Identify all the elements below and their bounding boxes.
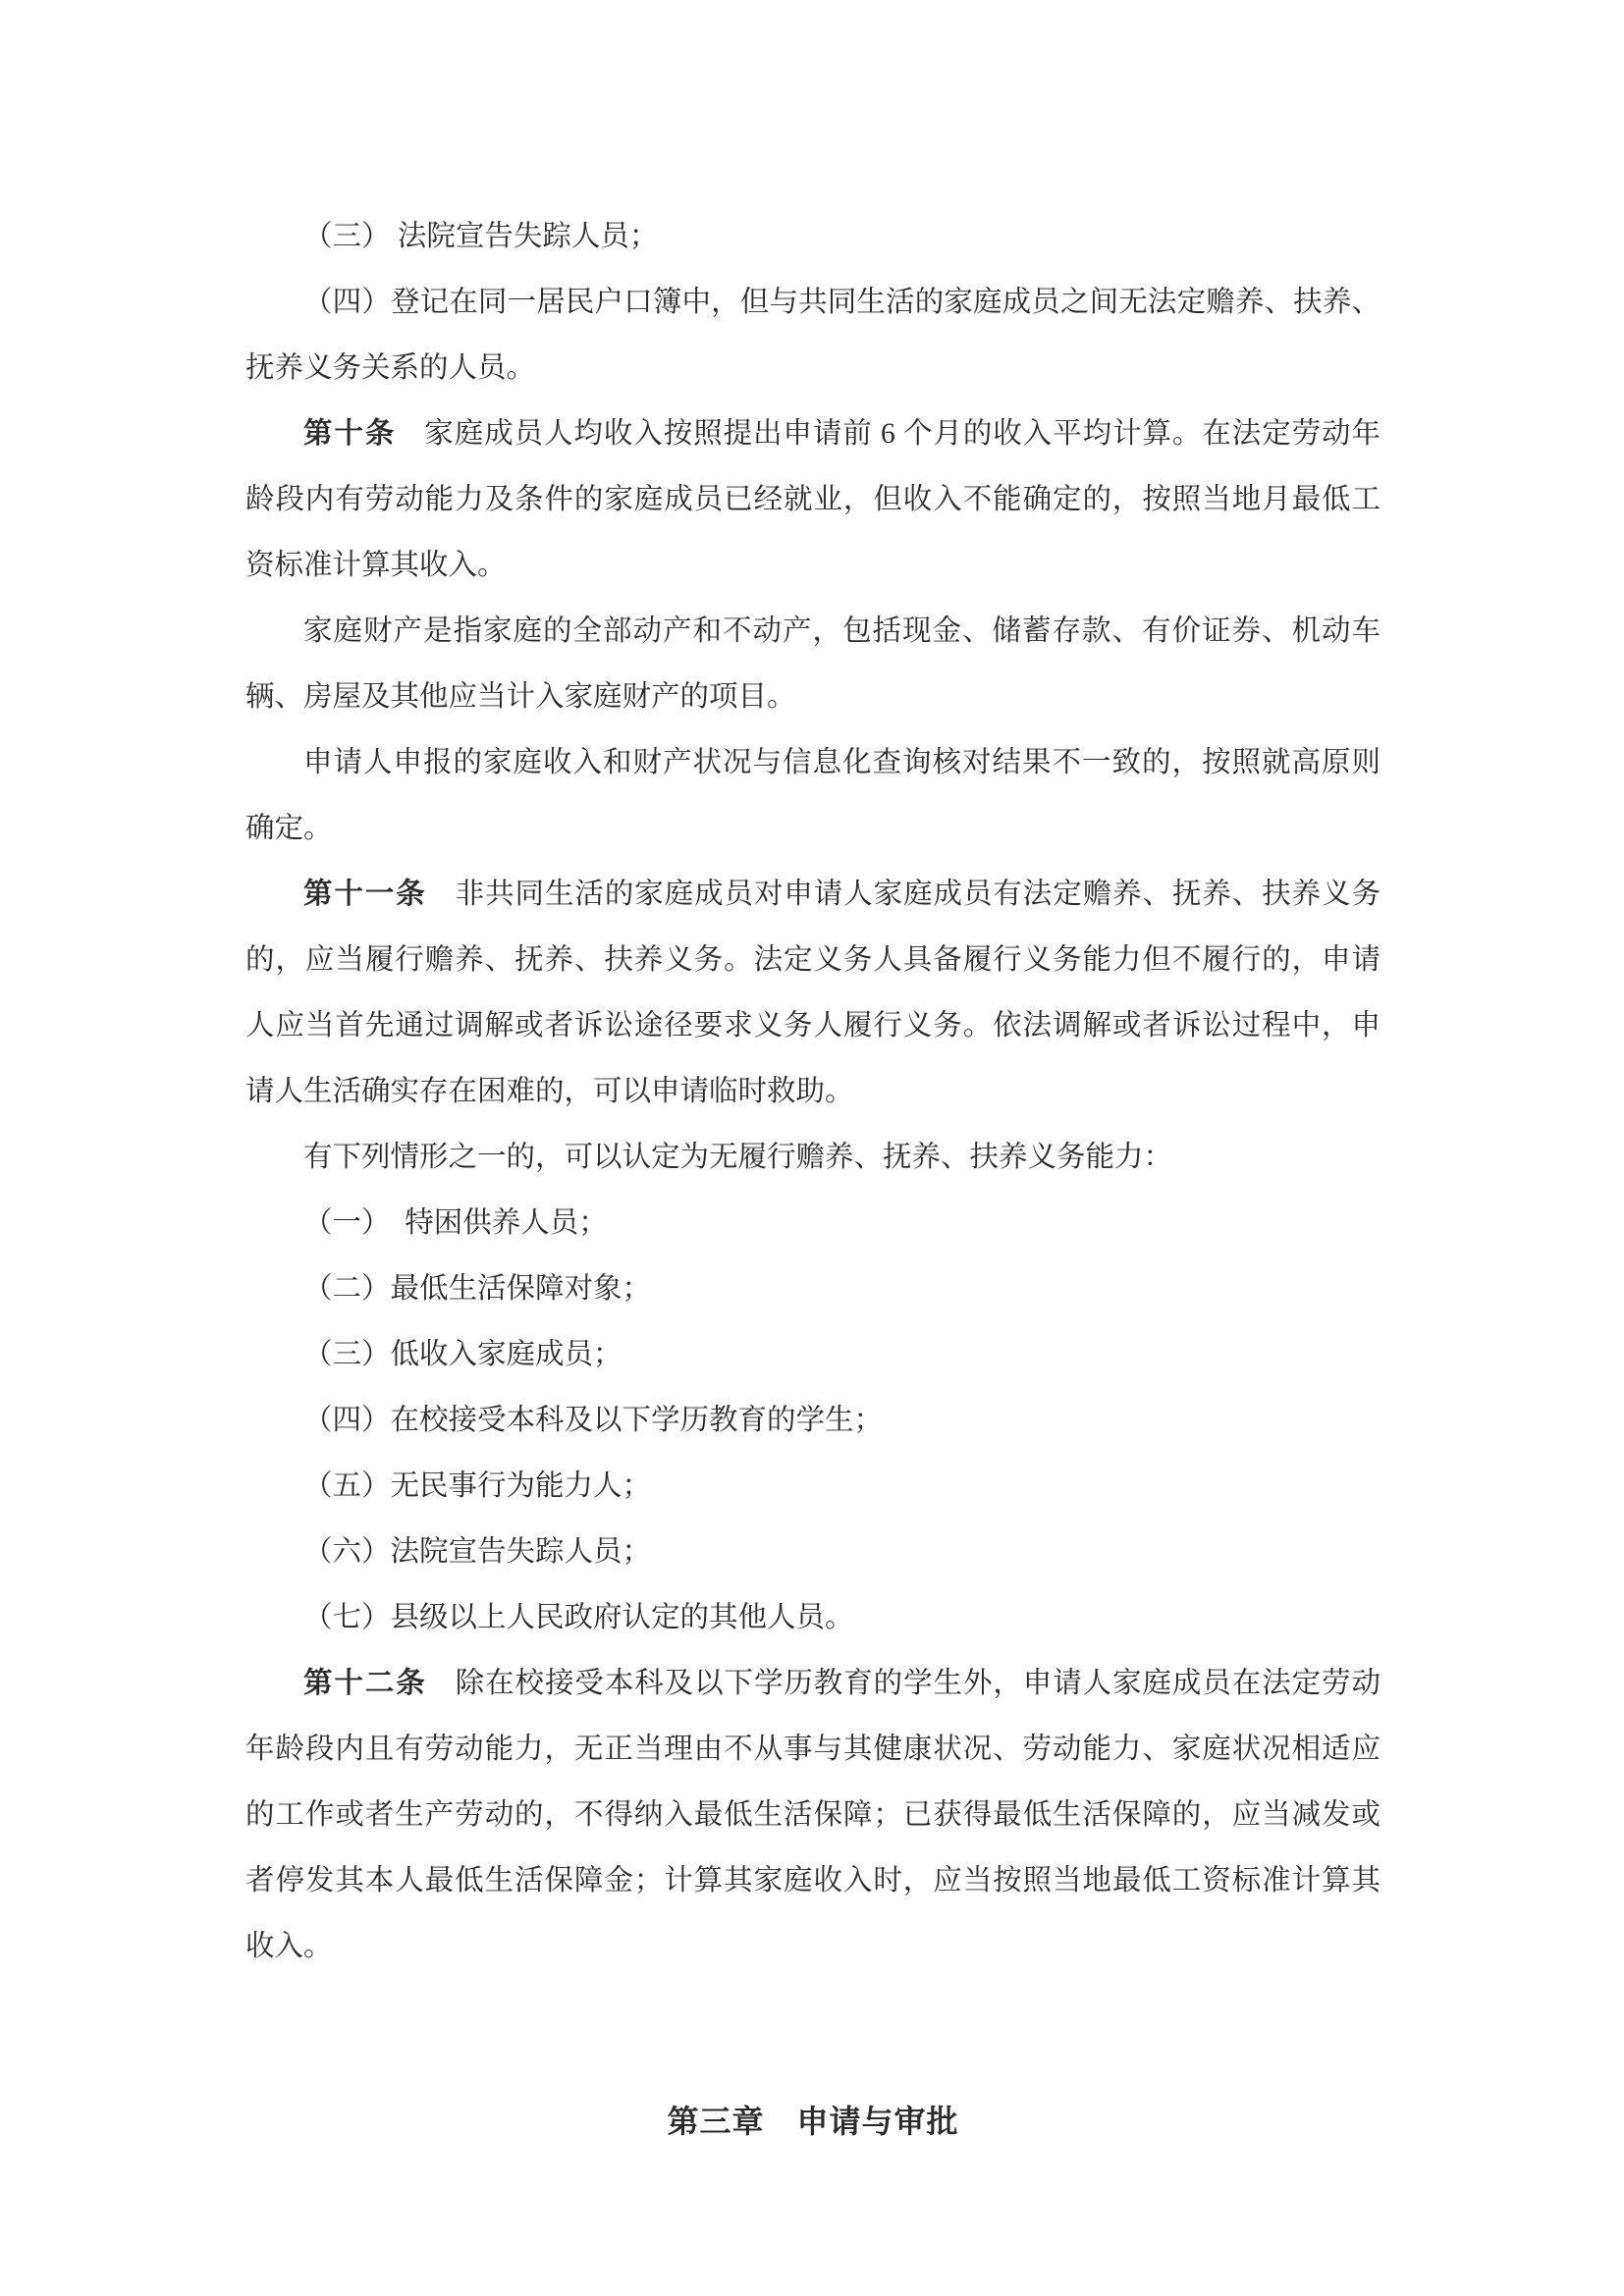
list-item: （五）无民事行为能力人； — [245, 1454, 1380, 1520]
chapter-heading: 第三章 申请与审批 — [245, 2089, 1380, 2155]
text-line: 有下列情形之一的，可以认定为无履行赡养、抚养、扶养义务能力： — [245, 1125, 1380, 1191]
text-line: 请人生活确实存在困难的，可以申请临时救助。 — [245, 1059, 1380, 1125]
list-item: （六）法院宣告失踪人员； — [245, 1520, 1380, 1585]
text-line: 资标准计算其收入。 — [245, 533, 1380, 599]
text-line: 的，应当履行赡养、抚养、扶养义务。法定义务人具备履行义务能力但不履行的，申请 — [245, 928, 1380, 993]
list-item: （四）在校接受本科及以下学历教育的学生； — [245, 1388, 1380, 1454]
text-line: 申请人申报的家庭收入和财产状况与信息化查询核对结果不一致的，按照就高原则 — [245, 730, 1380, 796]
text-line: 抚养义务关系的人员。 — [245, 336, 1380, 401]
document-page: （三） 法院宣告失踪人员； （四）登记在同一居民户口簿中，但与共同生活的家庭成员… — [0, 0, 1624, 2296]
list-item: （七）县级以上人民政府认定的其他人员。 — [245, 1585, 1380, 1651]
article-text: 家庭成员人均收入按照提出申请前 6 个月的收入平均计算。在法定劳动年 — [424, 418, 1380, 450]
text-line: 辆、房屋及其他应当计入家庭财产的项目。 — [245, 665, 1380, 730]
article-text: 除在校接受本科及以下学历教育的学生外，申请人家庭成员在法定劳动 — [456, 1668, 1380, 1699]
text-line: 家庭财产是指家庭的全部动产和不动产，包括现金、储蓄存款、有价证券、机动车 — [245, 599, 1380, 665]
text-line: （四）登记在同一居民户口簿中，但与共同生活的家庭成员之间无法定赡养、扶养、 — [245, 270, 1380, 336]
document-body: （三） 法院宣告失踪人员； （四）登记在同一居民户口簿中，但与共同生活的家庭成员… — [245, 204, 1380, 2155]
text-line: （三） 法院宣告失踪人员； — [245, 204, 1380, 270]
article-number-label: 第十二条 — [303, 1668, 427, 1699]
list-item: （二）最低生活保障对象； — [245, 1256, 1380, 1322]
list-item: （一） 特困供养人员； — [245, 1191, 1380, 1256]
text-line: 的工作或者生产劳动的，不得纳入最低生活保障；已获得最低生活保障的，应当减发或 — [245, 1783, 1380, 1848]
text-line: 第十二条除在校接受本科及以下学历教育的学生外，申请人家庭成员在法定劳动 — [245, 1651, 1380, 1717]
text-line: 第十条家庭成员人均收入按照提出申请前 6 个月的收入平均计算。在法定劳动年 — [245, 401, 1380, 467]
text-line: 年龄段内且有劳动能力，无正当理由不从事与其健康状况、劳动能力、家庭状况相适应 — [245, 1717, 1380, 1783]
text-line: 第十一条非共同生活的家庭成员对申请人家庭成员有法定赡养、抚养、扶养义务 — [245, 862, 1380, 928]
list-item: （三）低收入家庭成员； — [245, 1322, 1380, 1388]
text-line: 收入。 — [245, 1914, 1380, 1980]
article-number-label: 第十一条 — [303, 879, 427, 910]
text-line: 人应当首先通过调解或者诉讼途径要求义务人履行义务。依法调解或者诉讼过程中，申 — [245, 993, 1380, 1059]
text-line: 龄段内有劳动能力及条件的家庭成员已经就业，但收入不能确定的，按照当地月最低工 — [245, 467, 1380, 533]
article-text: 非共同生活的家庭成员对申请人家庭成员有法定赡养、抚养、扶养义务 — [456, 879, 1380, 910]
article-number-label: 第十条 — [303, 418, 396, 450]
text-line: 确定。 — [245, 796, 1380, 862]
text-line: 者停发其本人最低生活保障金；计算其家庭收入时，应当按照当地最低工资标准计算其 — [245, 1848, 1380, 1914]
